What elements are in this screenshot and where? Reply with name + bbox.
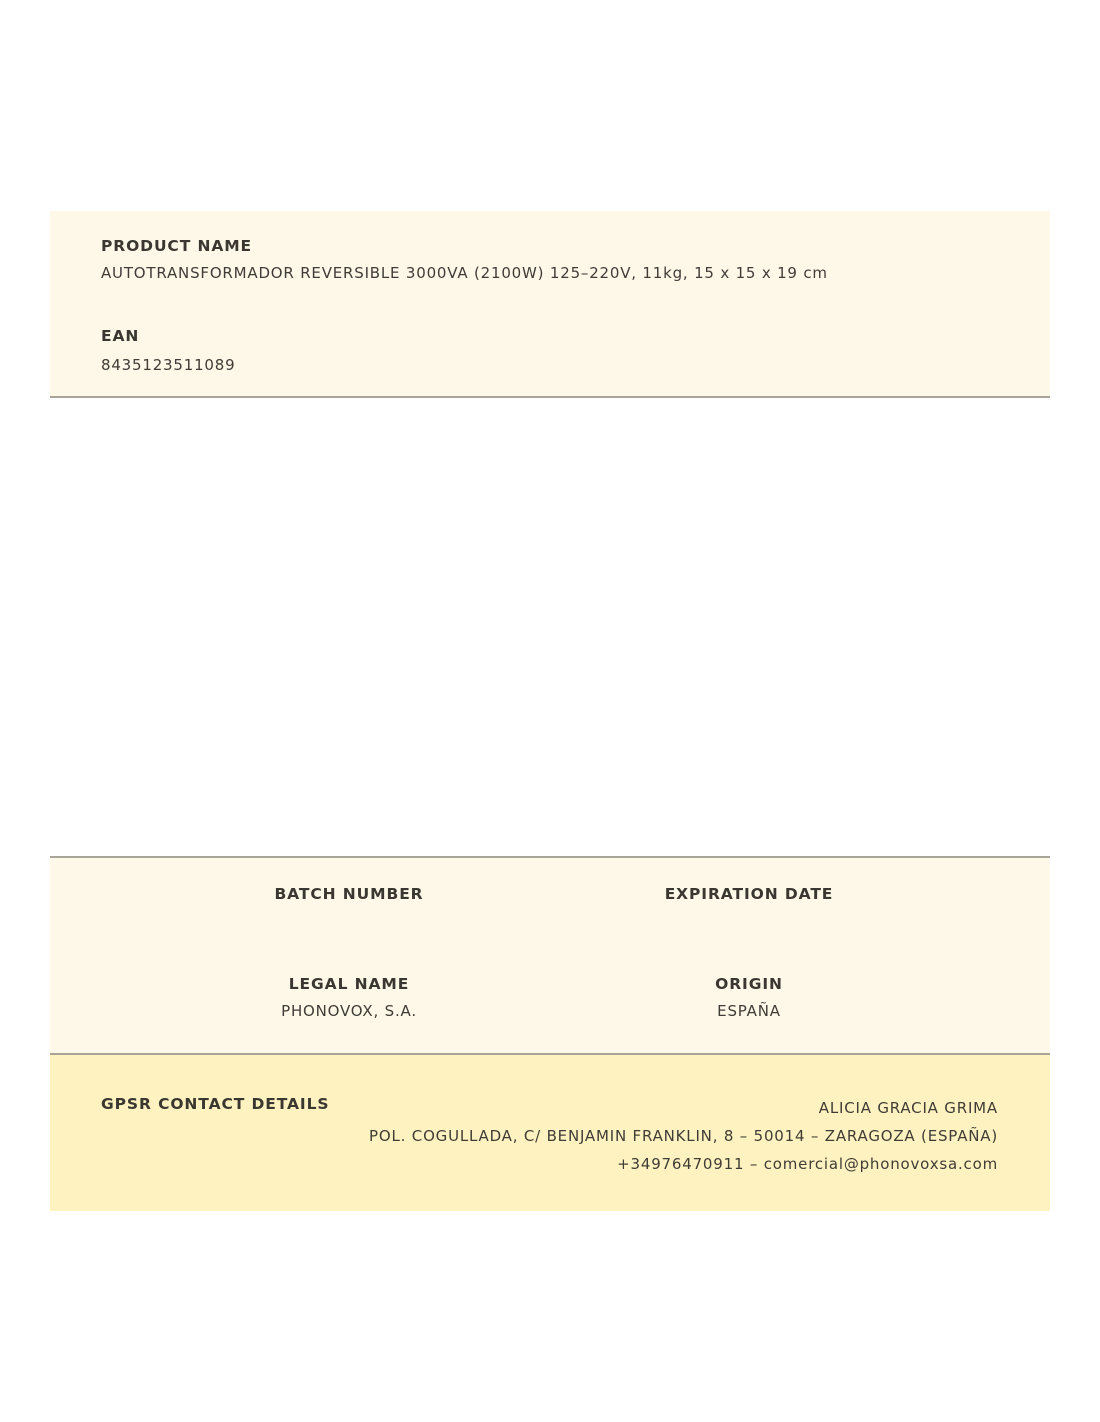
batch-number-cell: BATCH NUMBER <box>199 885 499 912</box>
ean-value: 8435123511089 <box>101 356 235 374</box>
contact-details: ALICIA GRACIA GRIMA POL. COGULLADA, C/ B… <box>369 1094 998 1178</box>
expiration-date-cell: EXPIRATION DATE <box>599 885 899 912</box>
gpsr-contact-label: GPSR CONTACT DETAILS <box>101 1095 329 1113</box>
ean-label: EAN <box>101 327 139 345</box>
document-page: PRODUCT NAME AUTOTRANSFORMADOR REVERSIBL… <box>0 0 1100 1422</box>
origin-value: ESPAÑA <box>599 1002 899 1020</box>
origin-cell: ORIGIN ESPAÑA <box>599 975 899 1020</box>
batch-origin-panel: BATCH NUMBER EXPIRATION DATE LEGAL NAME … <box>50 856 1050 1055</box>
gpsr-contact-panel: GPSR CONTACT DETAILS ALICIA GRACIA GRIMA… <box>50 1055 1050 1211</box>
product-name-value: AUTOTRANSFORMADOR REVERSIBLE 3000VA (210… <box>101 264 828 282</box>
expiration-date-label: EXPIRATION DATE <box>599 885 899 903</box>
origin-label: ORIGIN <box>599 975 899 993</box>
product-name-label: PRODUCT NAME <box>101 237 252 255</box>
legal-name-label: LEGAL NAME <box>199 975 499 993</box>
product-info-panel: PRODUCT NAME AUTOTRANSFORMADOR REVERSIBL… <box>50 211 1050 398</box>
contact-address: POL. COGULLADA, C/ BENJAMIN FRANKLIN, 8 … <box>369 1122 998 1150</box>
contact-name: ALICIA GRACIA GRIMA <box>369 1094 998 1122</box>
batch-number-label: BATCH NUMBER <box>199 885 499 903</box>
legal-name-cell: LEGAL NAME PHONOVOX, S.A. <box>199 975 499 1020</box>
legal-name-value: PHONOVOX, S.A. <box>199 1002 499 1020</box>
contact-phone-email: +34976470911 – comercial@phonovoxsa.com <box>369 1150 998 1178</box>
